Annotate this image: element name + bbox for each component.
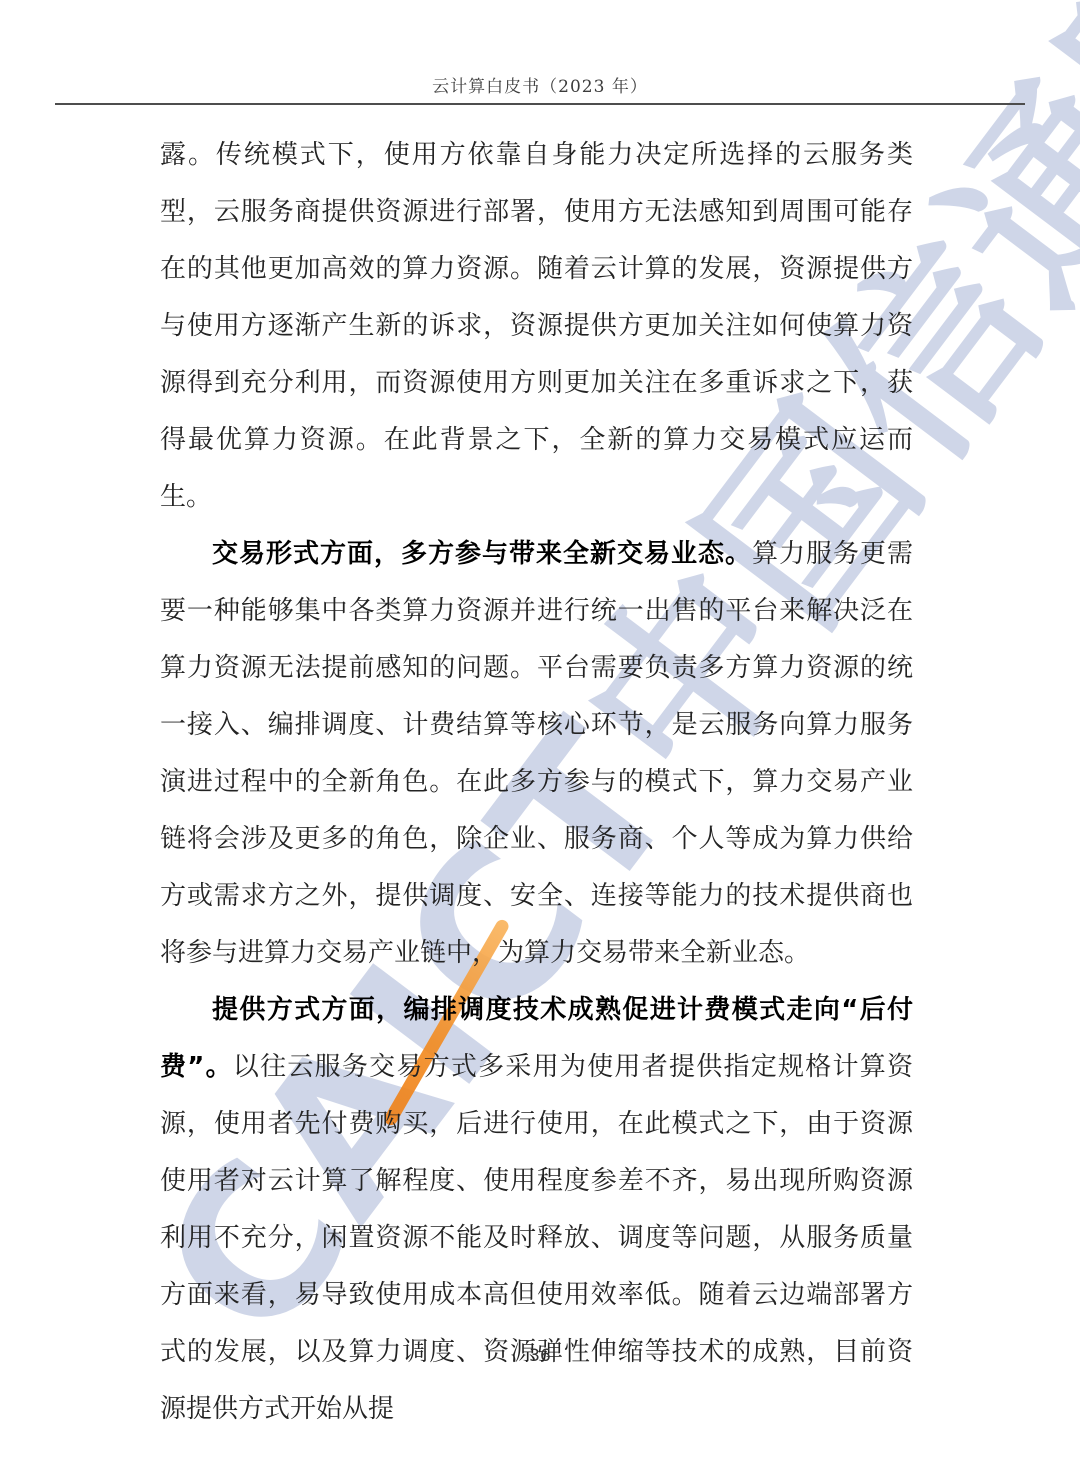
- body-text: 露。传统模式下，使用方依靠自身能力决定所选择的云服务类型，云服务商提供资源进行部…: [160, 127, 913, 1438]
- paragraph-text: 算力服务更需要一种能够集中各类算力资源并进行统一出售的平台来解决泛在算力资源无法…: [160, 539, 913, 968]
- header-title: 云计算白皮书（2023 年）: [0, 72, 1080, 97]
- document-page: CAICT中国信通院 云计算白皮书（2023 年） 露。传统模式下，使用方依靠自…: [0, 0, 1080, 1466]
- paragraph-lead: 交易形式方面，多方参与带来全新交易业态。: [212, 539, 752, 569]
- header-rule: [55, 103, 1025, 105]
- page-number: 36: [0, 1346, 1080, 1366]
- paragraph-provision-mode: 提供方式方面，编排调度技术成熟促进计费模式走向“后付费”。以往云服务交易方式多采…: [160, 982, 913, 1438]
- paragraph-text: 露。传统模式下，使用方依靠自身能力决定所选择的云服务类型，云服务商提供资源进行部…: [160, 140, 913, 512]
- paragraph-trade-form: 交易形式方面，多方参与带来全新交易业态。算力服务更需要一种能够集中各类算力资源并…: [160, 526, 913, 982]
- paragraph-text: 以往云服务交易方式多采用为使用者提供指定规格计算资源，使用者先付费购买，后进行使…: [160, 1052, 913, 1424]
- paragraph-continuation: 露。传统模式下，使用方依靠自身能力决定所选择的云服务类型，云服务商提供资源进行部…: [160, 127, 913, 526]
